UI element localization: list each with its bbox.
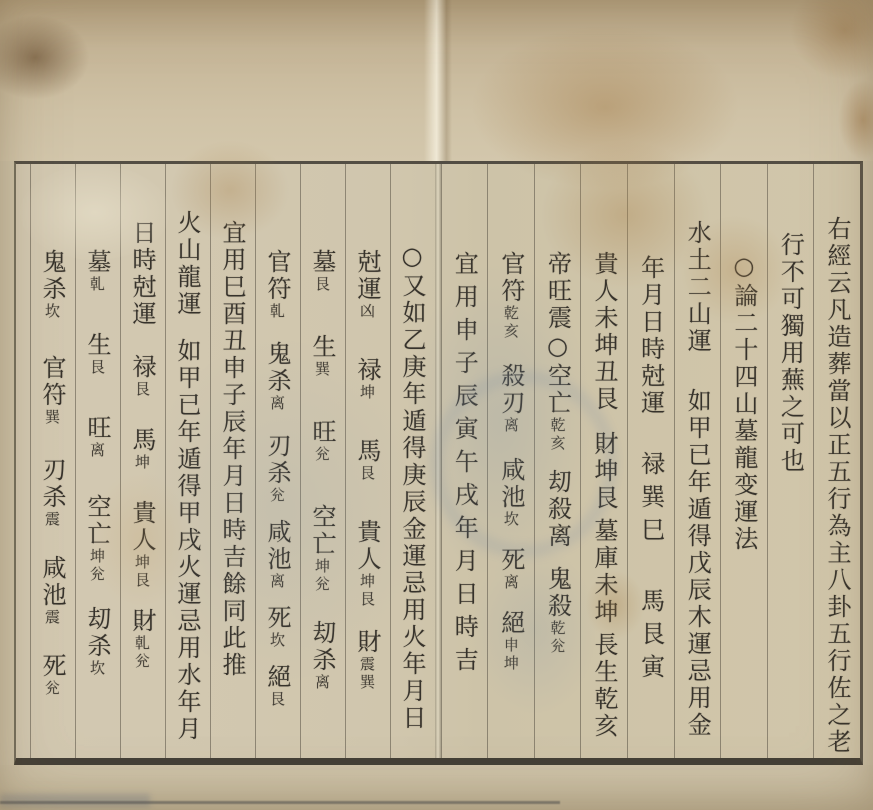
text-column: 墓乹生艮旺离空亡坤兊刧杀坎 [75, 164, 120, 758]
text-segment: 离 [88, 442, 106, 460]
text-segment: 馬艮寅 [637, 588, 665, 687]
text-segment: 鬼杀 [263, 341, 291, 395]
text-column: 官符乾亥殺刃离咸池坎死离絕申坤 [487, 164, 534, 758]
text-segment: 离 [502, 417, 520, 435]
text-segment: 生 [308, 334, 336, 361]
text-column: 行不可獨用蕪之可也 [767, 164, 814, 758]
text-frame: ○又如乙庚年遁得庚辰金運忌用火年月日時尅運凶禄坤馬艮貴人坤艮財震巽墓艮生巽旺兊空… [14, 161, 863, 765]
text-column: 貴人未坤丑艮財坤艮墓庫未坤長生乾亥 [580, 164, 627, 758]
text-segment: 馬 [128, 427, 156, 454]
text-segment: 坤艮 [133, 554, 151, 590]
text-segment: 艮 [313, 276, 331, 294]
text-column: 墓艮生巽旺兊空亡坤兊刧杀离 [300, 164, 345, 758]
text-segment: 禄 [128, 354, 156, 381]
text-segment: 乹 [88, 276, 106, 294]
text-segment: 离 [502, 574, 520, 592]
text-segment: 艮 [88, 359, 106, 377]
text-segment: 震 [43, 609, 61, 627]
scan-edge-shadow [0, 801, 560, 804]
text-segment: 墓庫未坤 [590, 518, 618, 626]
text-segment: 咸池 [38, 555, 66, 609]
text-segment: 坤兊 [88, 548, 106, 584]
text-segment: 坎 [43, 303, 61, 321]
text-segment: 咸池 [497, 457, 525, 511]
text-segment: ○論二十四山墓龍变運法 [730, 252, 758, 553]
text-column: 火山龍運如甲已年遁得甲戌火運忌用水年月 [165, 164, 210, 758]
text-segment: 年月日時尅運 [637, 255, 665, 417]
text-segment: 財 [128, 608, 156, 635]
text-segment: 刃杀 [263, 433, 291, 487]
text-segment: 死 [263, 605, 291, 632]
text-segment: 乹 [268, 303, 286, 321]
text-segment: 刧杀 [308, 620, 336, 674]
text-column: 尅運凶禄坤馬艮貴人坤艮財震巽 [345, 164, 390, 758]
text-column: 右經云凡造葬當以正五行為主八卦五行佐之老五 [813, 164, 860, 758]
text-segment: 宜用巳酉丑申子辰年月日時吉餘同此推 [218, 220, 246, 679]
text-segment: 禄巽巳 [637, 451, 665, 550]
page-left: ○又如乙庚年遁得庚辰金運忌用火年月日時尅運凶禄坤馬艮貴人坤艮財震巽墓艮生巽旺兊空… [16, 164, 435, 758]
text-segment: 財坤艮 [590, 431, 618, 512]
text-segment: 乹兊 [133, 635, 151, 671]
text-column: 帝旺震○空亡乾亥刧殺离鬼殺乾兊 [534, 164, 581, 758]
text-segment: 官符 [38, 355, 66, 409]
text-segment: ○又如乙庚年遁得庚辰金運忌用火年月日時 [390, 242, 426, 732]
text-segment: 坎 [88, 660, 106, 678]
text-segment: 絕 [263, 664, 291, 691]
text-segment: 兊 [43, 680, 61, 698]
text-segment: 官符 [263, 249, 291, 303]
text-segment: 震巽 [358, 656, 376, 692]
text-segment: 官符 [497, 251, 525, 305]
book-scan: ○又如乙庚年遁得庚辰金運忌用火年月日時尅運凶禄坤馬艮貴人坤艮財震巽墓艮生巽旺兊空… [0, 0, 873, 810]
text-segment: 尅運 [353, 249, 381, 303]
text-segment: 艮 [133, 381, 151, 399]
text-segment: 震 [43, 511, 61, 529]
text-column: 宜用巳酉丑申子辰年月日時吉餘同此推 [210, 164, 255, 758]
text-segment: 艮 [358, 465, 376, 483]
text-segment: 刃杀 [38, 457, 66, 511]
text-column: 官符乹鬼杀离刃杀兊咸池离死坎絕艮 [255, 164, 300, 758]
text-segment: 生 [83, 332, 111, 359]
text-segment: 坤艮 [358, 573, 376, 609]
text-segment: 日時尅運 [128, 220, 156, 328]
text-segment: 死 [38, 653, 66, 680]
text-segment: 乾亥 [548, 417, 566, 453]
text-segment: 貴人 [128, 500, 156, 554]
text-segment: 長生乾亥 [590, 632, 618, 740]
text-segment: 旺 [83, 415, 111, 442]
text-segment: 坎 [268, 632, 286, 650]
text-segment: 乾兊 [548, 620, 566, 656]
text-segment: 艮 [268, 691, 286, 709]
text-segment: 巽 [313, 361, 331, 379]
text-segment: 旺 [308, 419, 336, 446]
text-segment: 离 [313, 674, 331, 692]
text-column: 鬼杀坎官符巽刃杀震咸池震死兊 [30, 164, 75, 758]
text-column: 日時尅運禄艮馬坤貴人坤艮財乹兊 [120, 164, 165, 758]
text-segment: 如甲已年遁得戊辰木運忌用金 [683, 388, 711, 739]
text-segment: 乾亥 [502, 305, 520, 341]
text-segment: 貴人 [353, 519, 381, 573]
text-segment: 右經云凡造葬當以正五行為主八卦五行佐之老五 [813, 216, 851, 756]
text-segment: 禄 [353, 357, 381, 384]
text-segment: 刧杀 [83, 606, 111, 660]
text-segment: 坎 [502, 511, 520, 529]
text-segment: 死 [497, 547, 525, 574]
text-segment: 財 [353, 629, 381, 656]
text-segment: 馬 [353, 438, 381, 465]
text-segment: 刧殺离 [543, 469, 571, 550]
text-segment: 申坤 [502, 637, 520, 673]
text-segment: 空亡 [83, 494, 111, 548]
text-column: 水土二山運如甲已年遁得戊辰木運忌用金 [674, 164, 721, 758]
text-segment: 坤兊 [313, 558, 331, 594]
text-segment: 离 [268, 395, 286, 413]
text-segment: 兊 [268, 487, 286, 505]
text-segment: 絕 [497, 610, 525, 637]
text-segment: 鬼殺 [543, 566, 571, 620]
text-segment: 水土二山運 [683, 220, 711, 355]
text-segment: 墓 [83, 249, 111, 276]
text-segment: 如甲已年遁得甲戌火運忌用水年月 [173, 338, 201, 743]
text-segment: 咸池 [263, 519, 291, 573]
text-segment: 空亡 [308, 504, 336, 558]
text-segment: 兊 [313, 446, 331, 464]
text-column: ○論二十四山墓龍变運法 [720, 164, 767, 758]
text-segment: 行不可獨用蕪之可也 [776, 232, 804, 475]
text-segment: 坤 [358, 384, 376, 402]
page-right: 右經云凡造葬當以正五行為主八卦五行佐之老五行不可獨用蕪之可也○論二十四山墓龍变運… [441, 164, 860, 758]
text-segment: 火山龍運 [173, 210, 201, 318]
fold-crease [424, 0, 452, 164]
text-column: 年月日時尅運禄巽巳馬艮寅 [627, 164, 674, 758]
text-segment: 殺刃 [497, 363, 525, 417]
text-segment: 巽 [43, 409, 61, 427]
text-segment: 墓 [308, 249, 336, 276]
text-segment: 凶 [358, 303, 376, 321]
text-segment: 坤 [133, 454, 151, 472]
text-segment: 宜用申子辰寅午戌年月日時吉 [450, 251, 478, 680]
text-segment: 帝旺震○空亡 [543, 251, 571, 417]
text-column: 宜用申子辰寅午戌年月日時吉 [441, 164, 488, 758]
text-segment: 离 [268, 573, 286, 591]
text-column: ○又如乙庚年遁得庚辰金運忌用火年月日時 [390, 164, 435, 758]
text-segment: 貴人未坤丑艮 [590, 251, 618, 413]
text-segment: 鬼杀 [38, 249, 66, 303]
